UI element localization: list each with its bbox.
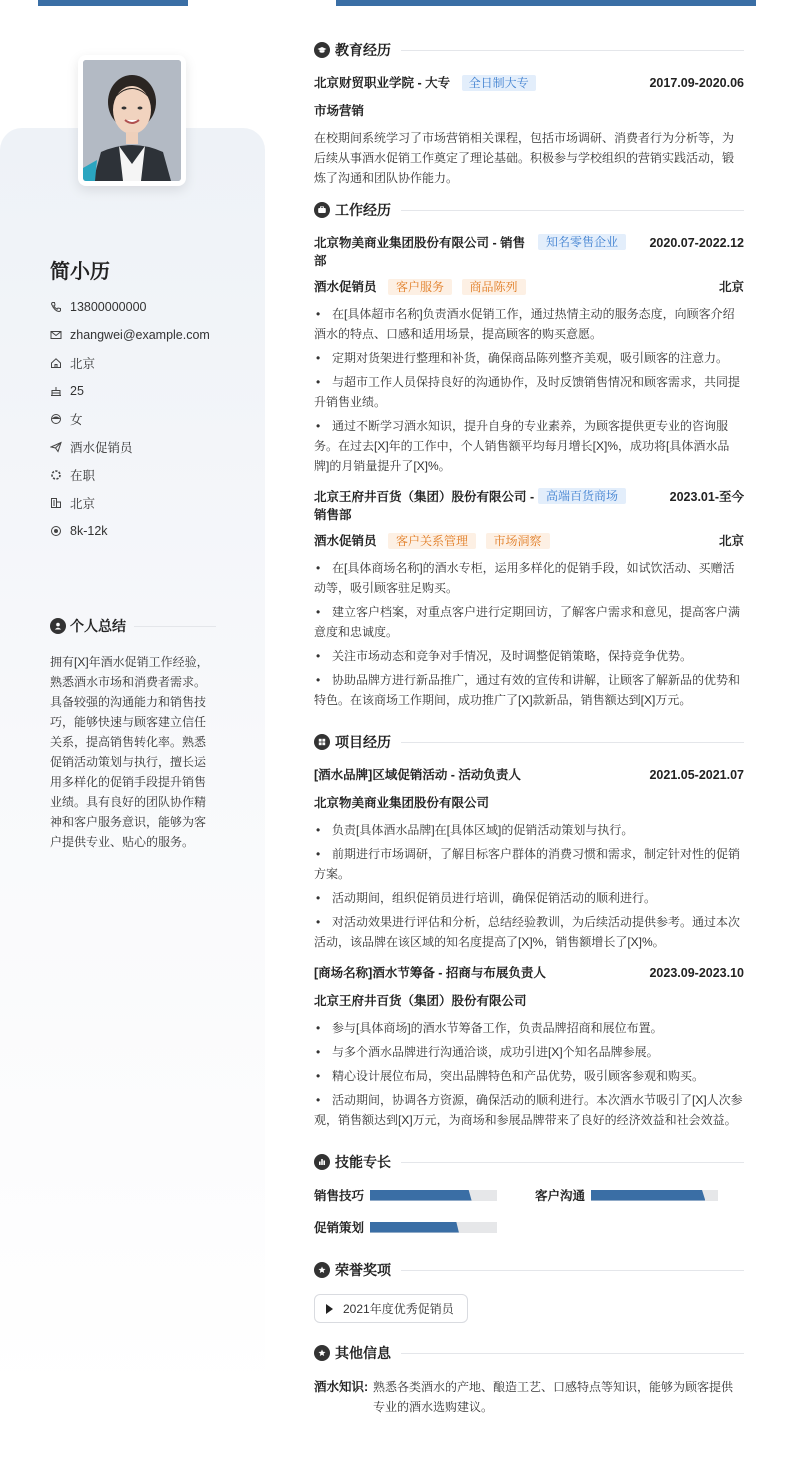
mail-icon [50, 329, 62, 341]
home-icon [50, 357, 62, 369]
skill-bar-fill [591, 1190, 705, 1201]
skill-tag: 客户服务 [388, 279, 452, 295]
project-name: [酒水品牌]区域促销活动 - 活动负责人 [314, 766, 521, 784]
bullet-item: •协助品牌方进行新品推广，通过有效的宣传和讲解，让顾客了解新品的优势和特色。在该… [314, 670, 744, 710]
profile-photo [83, 60, 181, 181]
phone-icon [50, 301, 62, 313]
projects-section-header: 项目经历 [314, 732, 744, 752]
other-section-header: 其他信息 [314, 1343, 744, 1363]
other-info-key: 酒水知识: [314, 1377, 373, 1417]
contact-email: zhangwei@example.com [50, 321, 260, 349]
skill-name: 销售技巧 [314, 1186, 370, 1204]
company-name: 北京王府井百货（集团）股份有限公司 - 销售部 [314, 488, 536, 524]
contact-phone: 13800000000 [50, 293, 260, 321]
contact-job-intent-value: 酒水促销员 [70, 438, 133, 456]
bullet-item: •在[具体商场名称]的酒水专柜，运用多样化的促销手段，如试饮活动、买赠活动等，吸… [314, 558, 744, 598]
job-role: 酒水促销员 [314, 280, 377, 294]
bullet-item: •精心设计展位布局，突出品牌特色和产品优势，吸引顾客参观和购买。 [314, 1066, 744, 1086]
skill-tag: 市场洞察 [486, 533, 550, 549]
salary-icon [50, 525, 62, 537]
contact-salary-value: 8k-12k [70, 524, 108, 538]
section-divider [134, 626, 216, 627]
skills-section-header: 技能专长 [314, 1152, 744, 1172]
work-date: 2020.07-2022.12 [624, 234, 744, 252]
main-content: 教育经历 北京财贸职业学院 - 大专 全日制大专 2017.09-2020.06… [314, 40, 744, 1417]
gender-icon [50, 413, 62, 425]
bullet-item: •与多个酒水品牌进行沟通洽谈，成功引进[X]个知名品牌参展。 [314, 1042, 744, 1062]
project-name: [商场名称]酒水节筹备 - 招商与布展负责人 [314, 964, 546, 982]
skill-item: 客户沟通 [535, 1186, 744, 1204]
skill-item: 销售技巧 [314, 1186, 535, 1204]
skill-name: 客户沟通 [535, 1186, 591, 1204]
grid-icon [314, 734, 330, 750]
project-entry: [酒水品牌]区域促销活动 - 活动负责人 2021.05-2021.07 北京物… [314, 766, 744, 952]
education-description: 在校期间系统学习了市场营销相关课程，包括市场调研、消费者行为分析等，为后续从事酒… [314, 128, 744, 188]
school-name: 北京财贸职业学院 - 大专 全日制大专 [314, 74, 536, 92]
school-name-text: 北京财贸职业学院 - 大专 [314, 76, 450, 90]
major: 市场营销 [314, 102, 744, 120]
skill-bar [591, 1190, 718, 1201]
education-type-tag: 全日制大专 [462, 75, 536, 91]
summary-title: 个人总结 [70, 616, 126, 636]
education-entry: 北京财贸职业学院 - 大专 全日制大专 2017.09-2020.06 市场营销… [314, 74, 744, 188]
work-bullets: •在[具体超市名称]负责酒水促销工作，通过热情主动的服务态度，向顾客介绍酒水的特… [314, 304, 744, 476]
contact-phone-value: 13800000000 [70, 300, 146, 314]
candidate-name: 简小历 [50, 255, 110, 284]
bullet-item: •前期进行市场调研，了解目标客户群体的消费习惯和需求，制定针对性的促销方案。 [314, 844, 744, 884]
awards-section-header: 荣誉奖项 [314, 1260, 744, 1280]
project-company: 北京物美商业集团股份有限公司 [314, 794, 744, 812]
skill-bar [370, 1190, 497, 1201]
skills-grid: 销售技巧 客户沟通 促销策划 [314, 1186, 744, 1236]
project-date: 2021.05-2021.07 [649, 766, 744, 784]
bullet-item: •对活动效果进行评估和分析，总结经验教训，为后续活动提供参考。通过本次活动，该品… [314, 912, 744, 952]
company-tag: 高端百货商场 [538, 488, 626, 504]
skill-item: 促销策划 [314, 1218, 535, 1236]
contact-salary: 8k-12k [50, 517, 260, 545]
skill-bar-fill [370, 1190, 472, 1201]
graduation-cap-icon [314, 42, 330, 58]
work-entry: 北京王府井百货（集团）股份有限公司 - 销售部 高端百货商场 2023.01-至… [314, 488, 744, 710]
top-accent-bar-left [38, 0, 188, 6]
info-icon [314, 1345, 330, 1361]
contact-work-city-value: 北京 [70, 494, 95, 512]
project-company: 北京王府井百货（集团）股份有限公司 [314, 992, 744, 1010]
building-icon [50, 497, 62, 509]
play-triangle-icon [326, 1304, 333, 1314]
company-tag: 知名零售企业 [538, 234, 626, 250]
bullet-item: •负责[具体酒水品牌]在[具体区域]的促销活动策划与执行。 [314, 820, 744, 840]
cake-icon [50, 385, 62, 397]
section-divider [401, 1353, 744, 1354]
contact-gender: 女 [50, 405, 260, 433]
award-icon [314, 1262, 330, 1278]
section-divider [401, 1162, 744, 1163]
project-date: 2023.09-2023.10 [649, 964, 744, 982]
top-accent-bar-right [336, 0, 756, 6]
other-info-value: 熟悉各类酒水的产地、酿造工艺、口感特点等知识，能够为顾客提供专业的酒水选购建议。 [373, 1377, 744, 1417]
bullet-item: •关注市场动态和竞争对手情况，及时调整促销策略，保持竞争优势。 [314, 646, 744, 666]
work-entry: 北京物美商业集团股份有限公司 - 销售部 知名零售企业 2020.07-2022… [314, 234, 744, 476]
skill-name: 促销策划 [314, 1218, 370, 1236]
awards-list: 2021年度优秀促销员 [314, 1294, 744, 1323]
bullet-item: •活动期间，协调各方资源，确保活动的顺利进行。本次酒水节吸引了[X]人次参观，销… [314, 1090, 744, 1130]
contact-address: 北京 [50, 349, 260, 377]
project-entry: [商场名称]酒水节筹备 - 招商与布展负责人 2023.09-2023.10 北… [314, 964, 744, 1130]
job-role: 酒水促销员 [314, 534, 377, 548]
work-city: 北京 [719, 532, 744, 550]
education-date: 2017.09-2020.06 [649, 74, 744, 92]
work-date: 2023.01-至今 [624, 488, 744, 506]
section-divider [401, 50, 744, 51]
contact-list: 13800000000 zhangwei@example.com 北京 25 女… [50, 293, 260, 545]
contact-job-intent: 酒水促销员 [50, 433, 260, 461]
summary-section-header: 个人总结 [50, 616, 216, 636]
projects-title: 项目经历 [335, 732, 391, 752]
contact-gender-value: 女 [70, 410, 83, 428]
education-section-header: 教育经历 [314, 40, 744, 60]
skill-tag: 商品陈列 [462, 279, 526, 295]
bullet-item: •与超市工作人员保持良好的沟通协作，及时反馈销售情况和顾客需求，共同提升销售业绩… [314, 372, 744, 412]
work-city: 北京 [719, 278, 744, 296]
skills-title: 技能专长 [335, 1152, 391, 1172]
work-title: 工作经历 [335, 200, 391, 220]
skill-tag: 客户关系管理 [388, 533, 476, 549]
section-divider [401, 742, 744, 743]
skill-bar [370, 1222, 497, 1233]
education-title: 教育经历 [335, 40, 391, 60]
contact-status-value: 在职 [70, 466, 95, 484]
work-section-header: 工作经历 [314, 200, 744, 220]
skill-bar-fill [370, 1222, 459, 1233]
award-item: 2021年度优秀促销员 [314, 1294, 468, 1323]
bullet-item: •活动期间，组织促销员进行培训，确保促销活动的顺利进行。 [314, 888, 744, 908]
contact-status: 在职 [50, 461, 260, 489]
contact-work-city: 北京 [50, 489, 260, 517]
summary-text: 拥有[X]年酒水促销工作经验，熟悉酒水市场和消费者需求。具备较强的沟通能力和销售… [50, 652, 215, 852]
paper-plane-icon [50, 441, 62, 453]
bullet-item: •在[具体超市名称]负责酒水促销工作，通过热情主动的服务态度，向顾客介绍酒水的特… [314, 304, 744, 344]
other-info-row: 酒水知识: 熟悉各类酒水的产地、酿造工艺、口感特点等知识，能够为顾客提供专业的酒… [314, 1377, 744, 1417]
contact-age: 25 [50, 377, 260, 405]
company-name: 北京物美商业集团股份有限公司 - 销售部 [314, 234, 536, 270]
contact-email-value: zhangwei@example.com [70, 328, 210, 342]
bar-chart-icon [314, 1154, 330, 1170]
contact-address-value: 北京 [70, 354, 95, 372]
bullet-item: •参与[具体商场]的酒水节筹备工作，负责品牌招商和展位布置。 [314, 1018, 744, 1038]
work-bullets: •在[具体商场名称]的酒水专柜，运用多样化的促销手段，如试饮活动、买赠活动等，吸… [314, 558, 744, 710]
awards-title: 荣誉奖项 [335, 1260, 391, 1280]
section-divider [401, 1270, 744, 1271]
profile-photo-frame [78, 55, 186, 186]
bullet-item: •建立客户档案，对重点客户进行定期回访，了解客户需求和意见，提高客户满意度和忠诚… [314, 602, 744, 642]
other-title: 其他信息 [335, 1343, 391, 1363]
status-icon [50, 469, 62, 481]
project-bullets: •参与[具体商场]的酒水节筹备工作，负责品牌招商和展位布置。 •与多个酒水品牌进… [314, 1018, 744, 1130]
bullet-item: •通过不断学习酒水知识，提升自身的专业素养，为顾客提供更专业的咨询服务。在过去[… [314, 416, 744, 476]
user-circle-icon [50, 618, 66, 634]
bullet-item: •定期对货架进行整理和补货，确保商品陈列整齐美观，吸引顾客的注意力。 [314, 348, 744, 368]
award-name: 2021年度优秀促销员 [343, 1300, 454, 1317]
section-divider [401, 210, 744, 211]
contact-age-value: 25 [70, 384, 84, 398]
project-bullets: •负责[具体酒水品牌]在[具体区域]的促销活动策划与执行。 •前期进行市场调研，… [314, 820, 744, 952]
briefcase-icon [314, 202, 330, 218]
